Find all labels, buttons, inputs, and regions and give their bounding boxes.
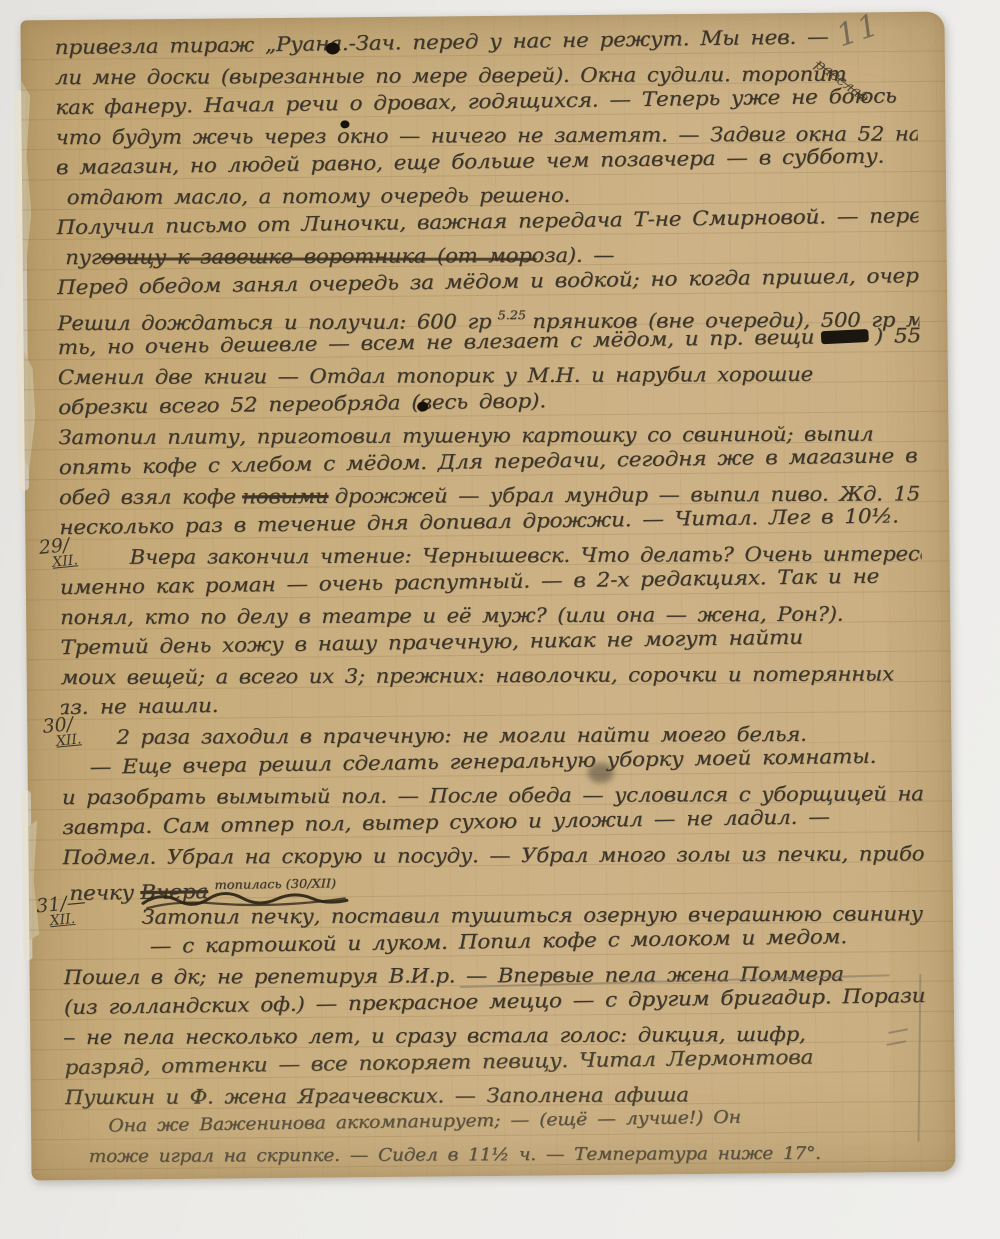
date-month: XII. (52, 552, 79, 570)
ink-smudge (588, 763, 614, 783)
margin-date-marker: 29/ XII. (38, 536, 78, 571)
ink-blot (326, 42, 340, 54)
ink-scribble (141, 883, 351, 911)
paper-tear (21, 80, 32, 270)
struck-out-word: новыми (242, 484, 328, 508)
line-text: ть, но очень дешевле — всем не влезает с… (57, 325, 814, 360)
ink-blot (417, 402, 428, 412)
scanned-document-background: привезла тираж „Руана.-Зач. перед у нас … (0, 0, 1000, 1239)
line-text: обед взял кофе (59, 484, 236, 509)
manuscript-paper-sheet: привезла тираж „Руана.-Зач. перед у нас … (20, 12, 955, 1181)
manuscript-line-pencil: тоже играл на скрипке. — Сидел в 11½ ч. … (65, 1138, 927, 1172)
ink-blackout-word (820, 329, 868, 344)
line-text: не нашли. (100, 693, 219, 719)
manuscript-line: привезла тираж „Руана.-Зач. перед у нас … (55, 24, 928, 62)
line-text: ) 55 руб. — (875, 322, 928, 348)
ink-blot (340, 120, 349, 128)
date-month: XII. (55, 731, 82, 749)
handwritten-text-block: привезла тираж „Руана.-Зач. перед у нас … (55, 24, 928, 1178)
superscript-price: 5.25 (498, 308, 526, 322)
ink-underline (101, 257, 537, 260)
paper-tear (24, 350, 36, 470)
margin-date-marker: 31/— XII. (36, 894, 88, 931)
margin-date-marker: 30/ XII. (42, 715, 82, 750)
